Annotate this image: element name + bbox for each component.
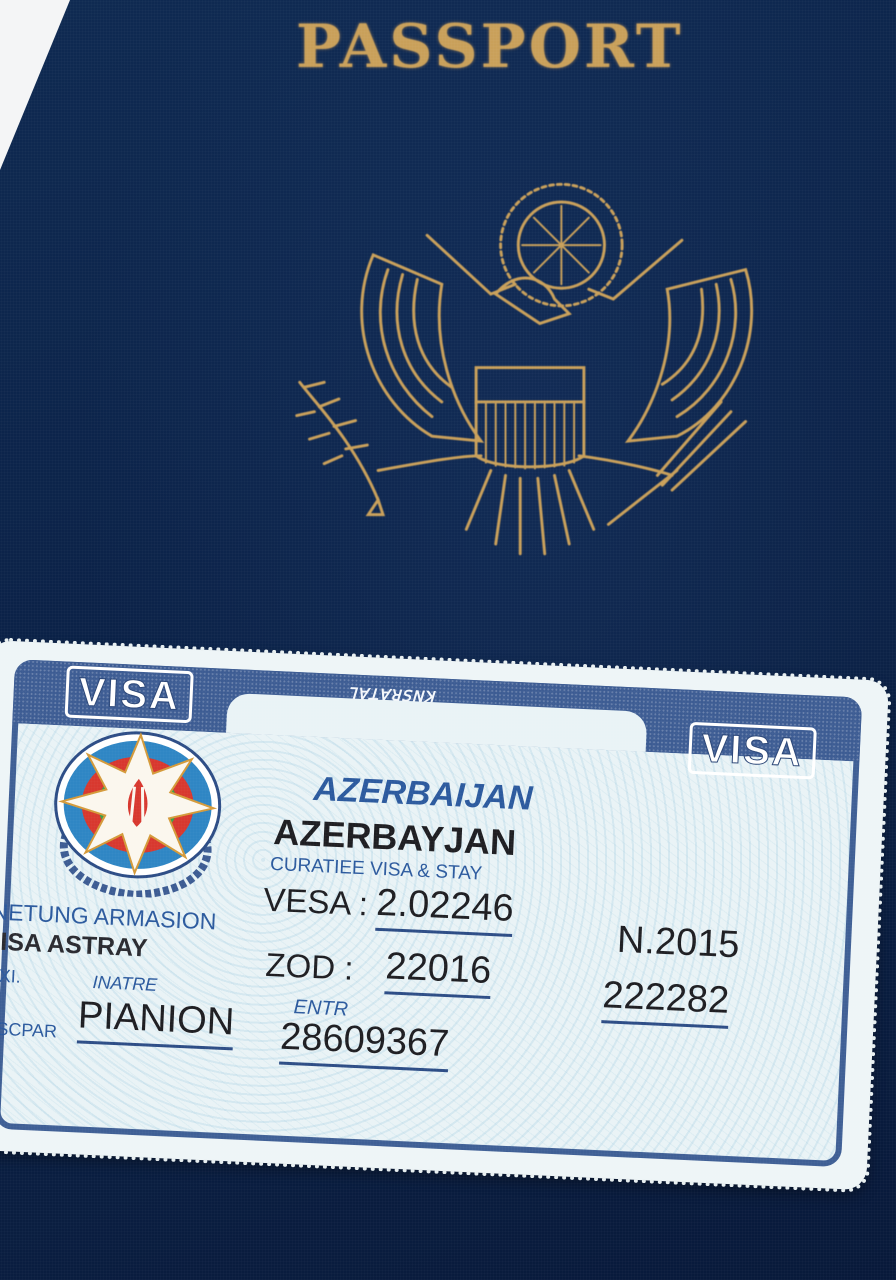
vesa-value: 2.02246 [375, 882, 514, 937]
zod-value: 22016 [384, 945, 492, 999]
entr-value: 28609367 [279, 1016, 450, 1073]
holder-line-1: NETUNG ARMASION [0, 898, 217, 935]
guilloche-background [0, 659, 862, 1167]
visa-number-value: 222282 [601, 974, 730, 1029]
country-name-local: AZERBAYJAN [273, 811, 517, 864]
sticker-paper [0, 640, 889, 1190]
vesa-label: VESA : [263, 881, 369, 924]
inatre-label: INATRE [92, 972, 158, 996]
great-seal-eagle-icon [285, 175, 775, 570]
entr-label: ENTR [293, 996, 348, 1021]
holder-line-2: NISA ASTRAY [0, 927, 148, 963]
azerbaijan-emblem-icon [44, 723, 232, 901]
passport-title: PASSPORT [296, 12, 684, 82]
country-name-english: AZERBAIJAN [313, 770, 534, 819]
holder-name-value: PIANION [77, 994, 235, 1050]
visa-subtitle: CURATIEE VISA & STAY [270, 854, 483, 886]
passport-cover: PASSPORT [0, 0, 896, 1280]
zod-label: ZOD : [265, 946, 355, 988]
visa-header-band [12, 659, 862, 761]
exscpar-label: EXSCPAR [0, 1018, 57, 1043]
visa-badge-right: VISA [687, 722, 817, 780]
band-microtext: ꓶꓯꓕꓯꓤꓢꓠꓘ [348, 684, 436, 706]
visa-sticker: VISA VISA ꓶꓯꓕꓯꓤꓢꓠꓘ AZERBAIJAN AZERBAYJAN… [0, 640, 889, 1190]
pexl-label: PEXI. [0, 965, 21, 988]
visa-badge-left: VISA [65, 666, 195, 724]
visa-number-label: N.2015 [616, 919, 740, 968]
